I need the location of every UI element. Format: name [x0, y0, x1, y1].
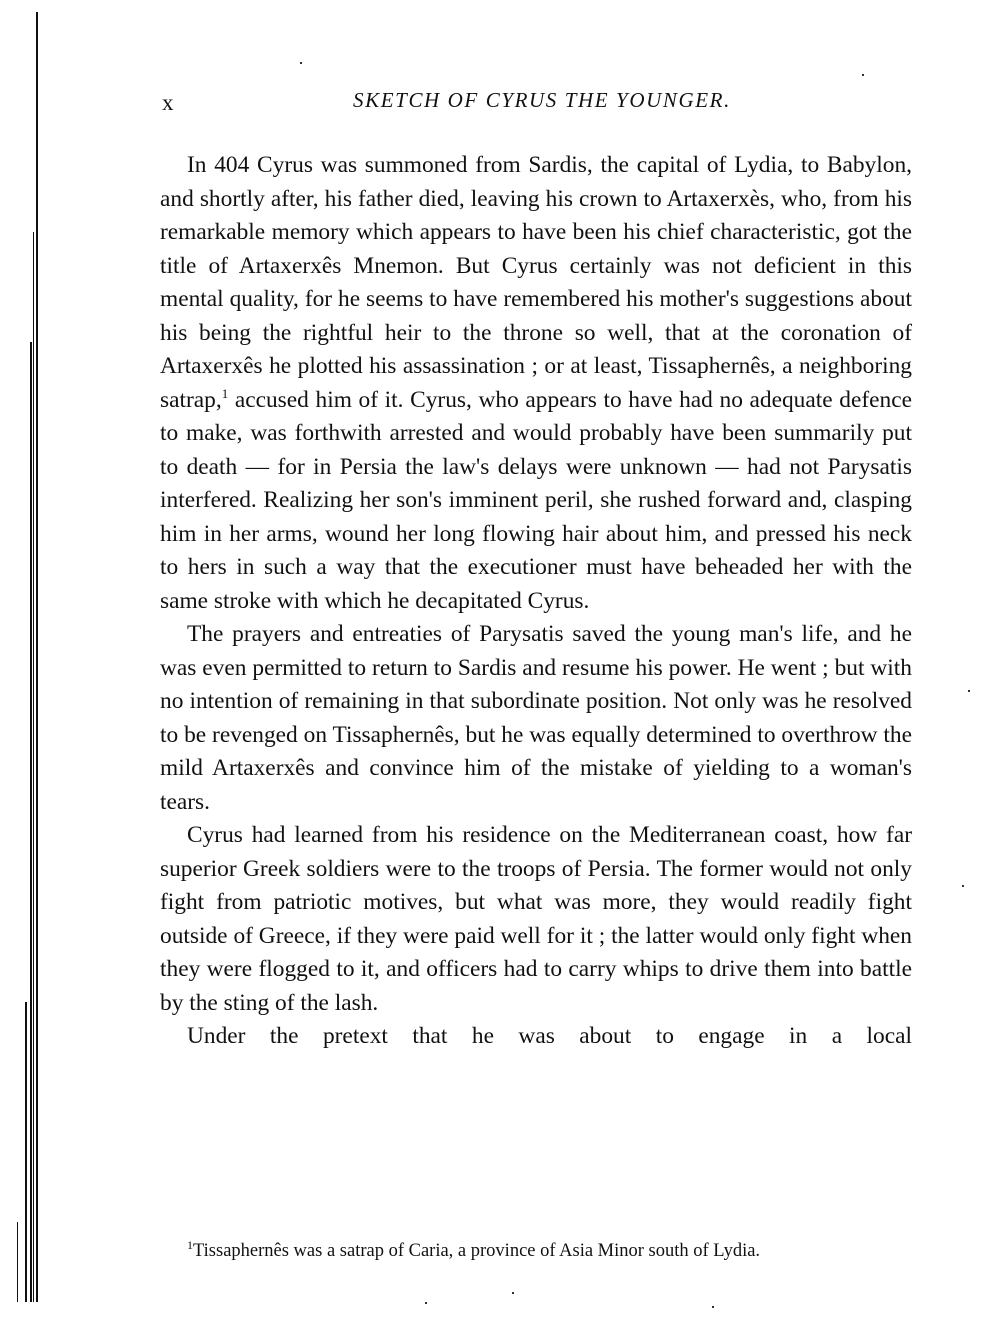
footnotes: 1Tissaphernês was a satrap of Caria, a p… [160, 1236, 912, 1266]
footnote-1-text: Tissaphernês was a satrap of Caria, a pr… [193, 1241, 760, 1261]
book-binding-edge [0, 12, 60, 1312]
paragraph-3: Cyrus had learned from his residence on … [160, 819, 912, 1020]
body-text: In 404 Cyrus was summoned from Sardis, t… [160, 149, 912, 1054]
footnote-1: 1Tissaphernês was a satrap of Caria, a p… [160, 1236, 912, 1266]
paragraph-1-text-b: accused him of it. Cyrus, who appears to… [160, 387, 912, 614]
paragraph-1: In 404 Cyrus was summoned from Sardis, t… [160, 149, 912, 618]
paragraph-2: The prayers and entreaties of Parysatis … [160, 618, 912, 819]
paragraph-4: Under the pretext that he was about to e… [160, 1020, 912, 1054]
running-title: SKETCH OF CYRUS THE YOUNGER. [160, 88, 912, 113]
page-header: x SKETCH OF CYRUS THE YOUNGER. [160, 88, 912, 124]
paragraph-1-text-a: In 404 Cyrus was summoned from Sardis, t… [160, 152, 912, 413]
